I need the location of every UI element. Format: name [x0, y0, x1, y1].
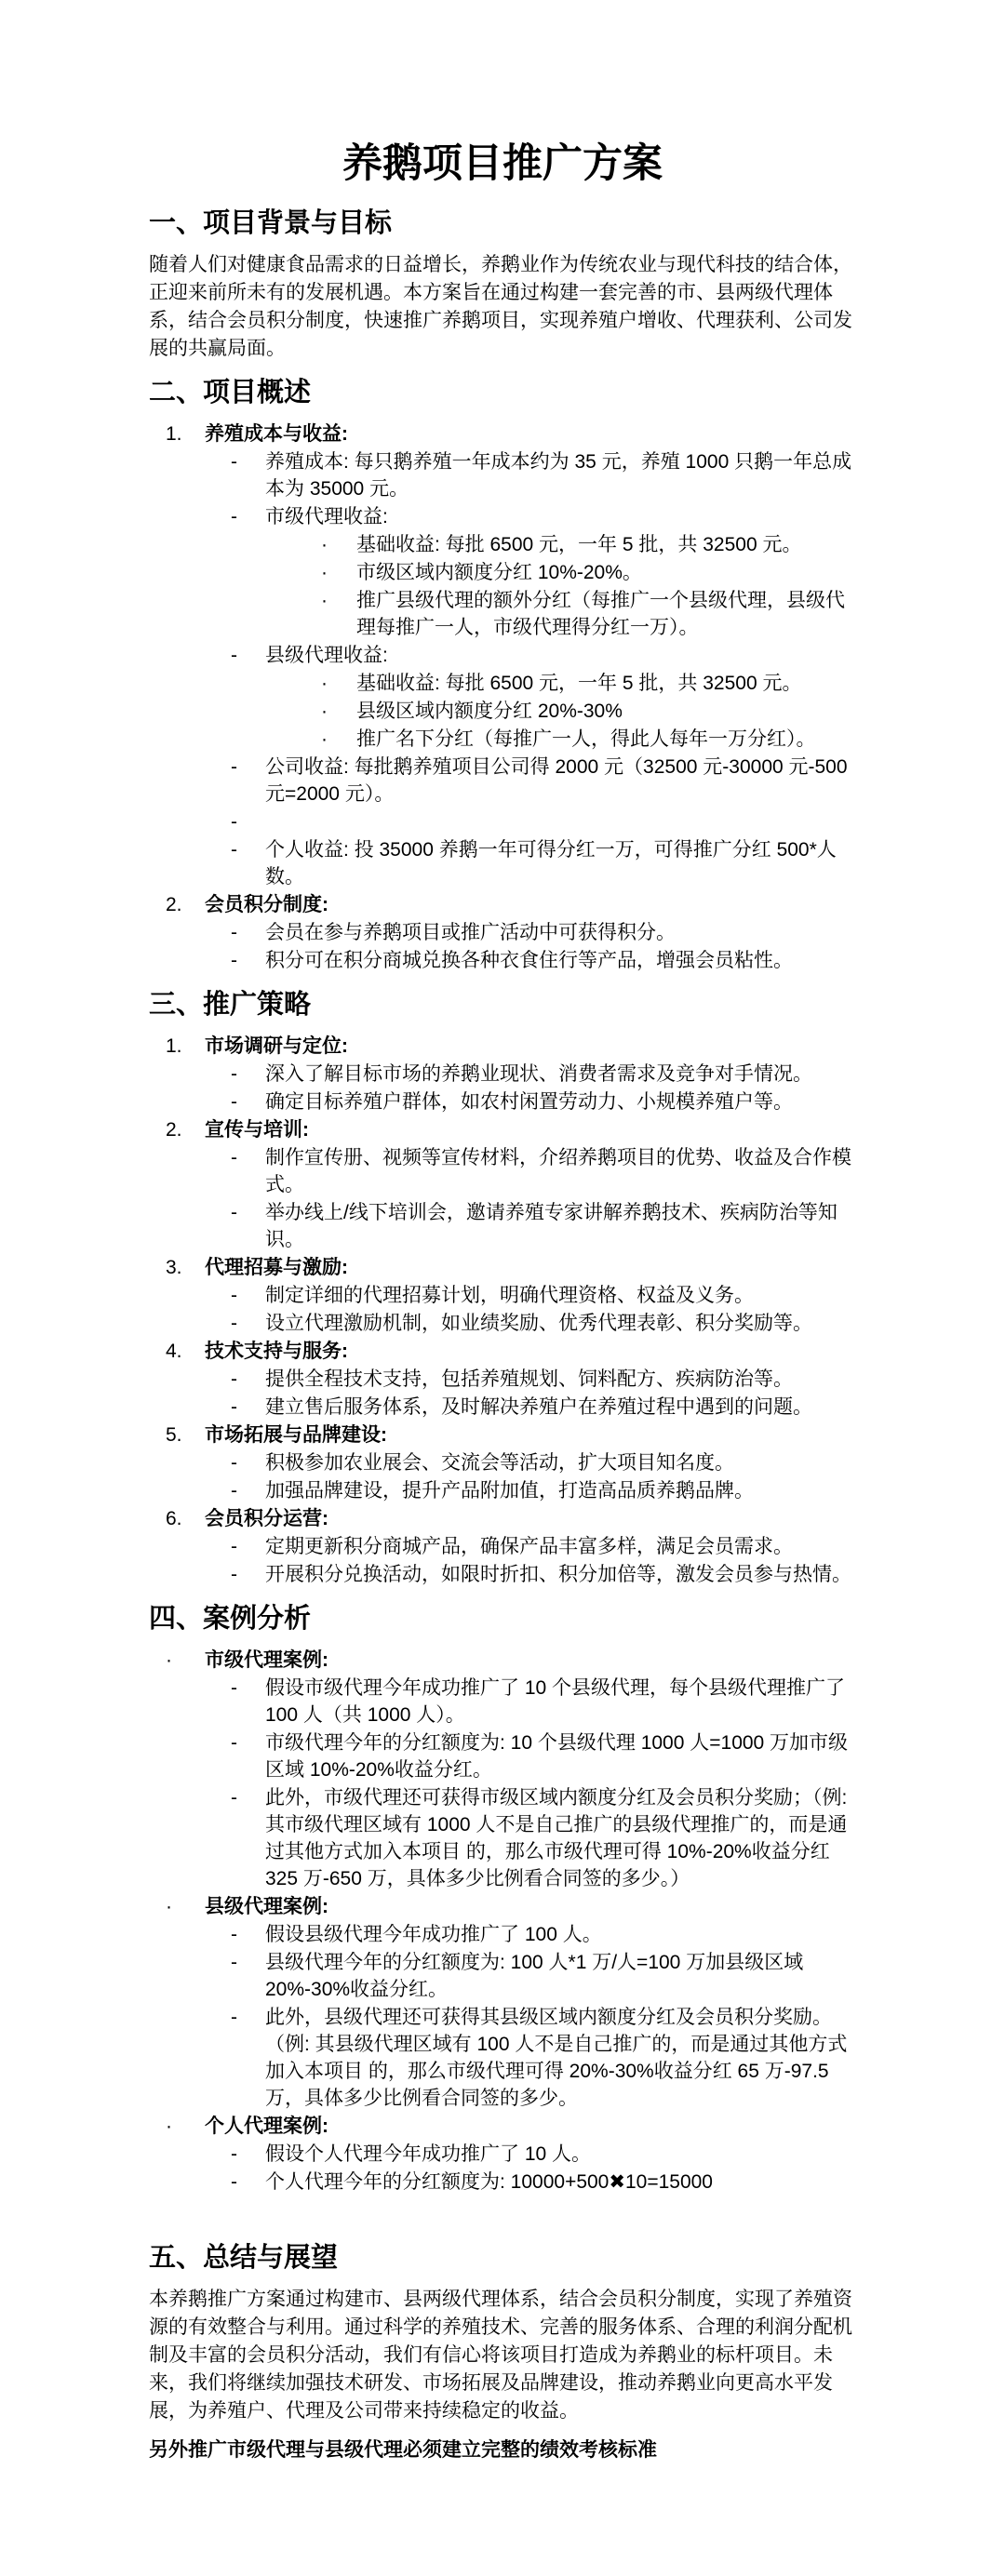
section-summary: 五、总结与展望本养鹅推广方案通过构建市、县两级代理体系，结合会员积分制度，实现了… [149, 2228, 856, 2464]
list-item-text: 深入了解目标市场的养鹅业现状、消费者需求及竞争对手情况。 [265, 1061, 856, 1088]
dash-item: -县级代理今年的分红额度为: 100 人*1 万/人=100 万加县级区域 20… [149, 1949, 856, 2003]
list-item-text: 此外，市级代理还可获得市级区域内额度分红及会员积分奖励；（例: 其市级代理区域有… [265, 1784, 856, 1892]
bullet-dot-marker: · [166, 1893, 205, 1920]
document-title: 养鹅项目推广方案 [149, 140, 856, 188]
list-item-text: 此外，县级代理还可获得其县级区域内额度分红及会员积分奖励。 （例: 其县级代理区… [265, 2004, 856, 2112]
dash-marker: - [231, 1784, 265, 1811]
list-number-marker: 3. [166, 1254, 205, 1281]
dash-item: -建立售后服务体系，及时解决养殖户在养殖过程中遇到的问题。 [149, 1394, 856, 1421]
dash-marker: - [231, 1366, 265, 1393]
section-heading: 五、总结与展望 [149, 2241, 856, 2275]
dot-item: ·县级区域内额度分红 20%-30% [149, 698, 856, 725]
list-item-text: 积分可在积分商城兑换各种衣食住行等产品，增强会员粘性。 [265, 947, 856, 974]
numbered-item: 1.养殖成本与收益: [149, 420, 856, 447]
list-item-text: 积极参加农业展会、交流会等活动，扩大项目知名度。 [265, 1449, 856, 1476]
dot-marker: · [321, 587, 356, 614]
list-item-text: 制定详细的代理招募计划，明确代理资格、权益及义务。 [265, 1282, 856, 1309]
list-item-text: 加强品牌建设，提升产品附加值，打造高品质养鹅品牌。 [265, 1477, 856, 1504]
list-number-marker: 1. [166, 1033, 205, 1060]
list-item-text: 市级代理收益: [265, 503, 856, 530]
list-item-text: 提供全程技术支持，包括养殖规划、饲料配方、疾病防治等。 [265, 1366, 856, 1393]
dash-marker: - [231, 1949, 265, 1976]
dash-item: -举办线上/线下培训会，邀请养殖专家讲解养鹅技术、疾病防治等知识。 [149, 1199, 856, 1253]
section-background: 一、项目背景与目标随着人们对健康食品需求的日益增长，养鹅业作为传统农业与现代科技… [149, 194, 856, 363]
dash-marker: - [231, 1199, 265, 1226]
dash-marker: - [231, 1310, 265, 1337]
dash-marker: - [231, 2004, 265, 2031]
list-number-marker: 5. [166, 1421, 205, 1448]
list-item-text: 定期更新积分商城产品，确保产品丰富多样，满足会员需求。 [265, 1533, 856, 1560]
section-heading: 三、推广策略 [149, 988, 856, 1021]
dash-marker: - [231, 808, 265, 835]
dash-item: -积分可在积分商城兑换各种衣食住行等产品，增强会员粘性。 [149, 947, 856, 974]
dash-item: -定期更新积分商城产品，确保产品丰富多样，满足会员需求。 [149, 1533, 856, 1560]
dash-marker: - [231, 1088, 265, 1115]
list-item-text: 市级区域内额度分红 10%-20%。 [356, 559, 856, 586]
list-item-text: 会员在参与养鹅项目或推广活动中可获得积分。 [265, 919, 856, 946]
dash-item: -个人代理今年的分红额度为: 10000+500✖10=15000 [149, 2169, 856, 2196]
dash-item: -假设个人代理今年成功推广了 10 人。 [149, 2141, 856, 2168]
section-cases: 四、案例分析·市级代理案例:-假设市级代理今年成功推广了 10 个县级代理，每个… [149, 1589, 856, 2228]
dot-marker: · [321, 698, 356, 725]
document-page: 养鹅项目推广方案 一、项目背景与目标随着人们对健康食品需求的日益增长，养鹅业作为… [0, 0, 1005, 2576]
dash-marker: - [231, 1449, 265, 1476]
bullet-item: ·市级代理案例: [149, 1647, 856, 1674]
bullet-item: ·县级代理案例: [149, 1893, 856, 1920]
dash-item: -设立代理激励机制，如业绩奖励、优秀代理表彰、积分奖励等。 [149, 1310, 856, 1337]
dot-marker: · [321, 726, 356, 753]
list-item-label: 市级代理案例: [205, 1647, 856, 1674]
list-item-text: 推广名下分红（每推广一人，得此人每年一万分红）。 [356, 726, 856, 753]
numbered-list: 1.养殖成本与收益:-养殖成本: 每只鹅养殖一年成本约为 35 元，养殖 100… [149, 420, 856, 974]
dash-marker: - [231, 1061, 265, 1088]
dash-marker: - [231, 1729, 265, 1756]
dash-item: -假设县级代理今年成功推广了 100 人。 [149, 1921, 856, 1948]
dash-item: -提供全程技术支持，包括养殖规划、饲料配方、疾病防治等。 [149, 1366, 856, 1393]
list-item-text: 举办线上/线下培训会，邀请养殖专家讲解养鹅技术、疾病防治等知识。 [265, 1199, 856, 1253]
list-number-marker: 2. [166, 1116, 205, 1143]
dash-marker: - [231, 503, 265, 530]
list-item-label: 会员积分制度: [205, 891, 856, 918]
list-item-text: 假设市级代理今年成功推广了 10 个县级代理，每个县级代理推广了 100 人（共… [265, 1675, 856, 1728]
dash-marker: - [231, 836, 265, 863]
bullet-dot-marker: · [166, 1647, 205, 1674]
dot-marker: · [321, 559, 356, 586]
paragraph: 本养鹅推广方案通过构建市、县两级代理体系，结合会员积分制度，实现了养殖资源的有效… [149, 2286, 856, 2425]
list-item-text: 假设个人代理今年成功推广了 10 人。 [265, 2141, 856, 2168]
list-item-text: 县级代理收益: [265, 642, 856, 669]
dot-item: ·推广县级代理的额外分红（每推广一个县级代理，县级代理每推广一人，市级代理得分红… [149, 587, 856, 641]
dash-item: - [149, 808, 856, 835]
section-heading: 四、案例分析 [149, 1602, 856, 1635]
dash-marker: - [231, 1921, 265, 1948]
dash-marker: - [231, 1282, 265, 1309]
dash-marker: - [231, 1533, 265, 1560]
list-item-text: 县级区域内额度分红 20%-30% [356, 698, 856, 725]
section-gap [149, 2196, 856, 2228]
dash-item: -假设市级代理今年成功推广了 10 个县级代理，每个县级代理推广了 100 人（… [149, 1675, 856, 1728]
dot-item: ·基础收益: 每批 6500 元，一年 5 批，共 32500 元。 [149, 531, 856, 558]
numbered-item: 5.市场拓展与品牌建设: [149, 1421, 856, 1448]
numbered-list: 1.市场调研与定位:-深入了解目标市场的养鹅业现状、消费者需求及竞争对手情况。-… [149, 1033, 856, 1588]
list-item-text: 制作宣传册、视频等宣传材料，介绍养鹅项目的优势、收益及合作模式。 [265, 1144, 856, 1198]
list-item-text: 公司收益: 每批鹅养殖项目公司得 2000 元（32500 元-30000 元-… [265, 754, 856, 808]
list-item-label: 代理招募与激励: [205, 1254, 856, 1281]
list-number-marker: 2. [166, 891, 205, 918]
bullet-list: ·市级代理案例:-假设市级代理今年成功推广了 10 个县级代理，每个县级代理推广… [149, 1647, 856, 2196]
dot-item: ·推广名下分红（每推广一人，得此人每年一万分红）。 [149, 726, 856, 753]
dash-item: -此外，市级代理还可获得市级区域内额度分红及会员积分奖励；（例: 其市级代理区域… [149, 1784, 856, 1892]
dash-item: -养殖成本: 每只鹅养殖一年成本约为 35 元，养殖 1000 只鹅一年总成本为… [149, 448, 856, 502]
numbered-item: 1.市场调研与定位: [149, 1033, 856, 1060]
section-strategy: 三、推广策略1.市场调研与定位:-深入了解目标市场的养鹅业现状、消费者需求及竞争… [149, 975, 856, 1589]
list-item-text: 基础收益: 每批 6500 元，一年 5 批，共 32500 元。 [356, 670, 856, 697]
list-item-label: 个人代理案例: [205, 2113, 856, 2140]
dash-item: -确定目标养殖户群体，如农村闲置劳动力、小规模养殖户等。 [149, 1088, 856, 1115]
dash-item: -制作宣传册、视频等宣传材料，介绍养鹅项目的优势、收益及合作模式。 [149, 1144, 856, 1198]
dash-item: -此外，县级代理还可获得其县级区域内额度分红及会员积分奖励。 （例: 其县级代理… [149, 2004, 856, 2112]
list-item-label: 市场调研与定位: [205, 1033, 856, 1060]
list-item-label: 宣传与培训: [205, 1116, 856, 1143]
list-item-text: 开展积分兑换活动，如限时折扣、积分加倍等，激发会员参与热情。 [265, 1561, 856, 1588]
dash-marker: - [231, 754, 265, 781]
list-item-text: 基础收益: 每批 6500 元，一年 5 批，共 32500 元。 [356, 531, 856, 558]
bullet-item: ·个人代理案例: [149, 2113, 856, 2140]
dot-marker: · [321, 531, 356, 558]
list-item-text: 设立代理激励机制，如业绩奖励、优秀代理表彰、积分奖励等。 [265, 1310, 856, 1337]
paragraph: 随着人们对健康食品需求的日益增长，养鹅业作为传统农业与现代科技的结合体，正迎来前… [149, 251, 856, 363]
list-item-text: 县级代理今年的分红额度为: 100 人*1 万/人=100 万加县级区域 20%… [265, 1949, 856, 2003]
section-heading: 一、项目背景与目标 [149, 207, 856, 240]
numbered-item: 6.会员积分运营: [149, 1505, 856, 1532]
dash-item: -县级代理收益: [149, 642, 856, 669]
dot-item: ·基础收益: 每批 6500 元，一年 5 批，共 32500 元。 [149, 670, 856, 697]
numbered-item: 4.技术支持与服务: [149, 1338, 856, 1365]
dash-item: -市级代理今年的分红额度为: 10 个县级代理 1000 人=1000 万加市级… [149, 1729, 856, 1783]
dash-item: -制定详细的代理招募计划，明确代理资格、权益及义务。 [149, 1282, 856, 1309]
list-item-label: 养殖成本与收益: [205, 420, 856, 447]
dash-marker: - [231, 642, 265, 669]
dash-item: -积极参加农业展会、交流会等活动，扩大项目知名度。 [149, 1449, 856, 1476]
dash-marker: - [231, 1675, 265, 1702]
bullet-dot-marker: · [166, 2113, 205, 2140]
list-item-text: 建立售后服务体系，及时解决养殖户在养殖过程中遇到的问题。 [265, 1394, 856, 1421]
list-item-label: 市场拓展与品牌建设: [205, 1421, 856, 1448]
document-body: 一、项目背景与目标随着人们对健康食品需求的日益增长，养鹅业作为传统农业与现代科技… [149, 194, 856, 2464]
dash-item: -市级代理收益: [149, 503, 856, 530]
dash-marker: - [231, 1144, 265, 1171]
list-item-text: 个人代理今年的分红额度为: 10000+500✖10=15000 [265, 2169, 856, 2196]
dash-item: -深入了解目标市场的养鹅业现状、消费者需求及竞争对手情况。 [149, 1061, 856, 1088]
note-paragraph: 另外推广市级代理与县级代理必须建立完整的绩效考核标准 [149, 2436, 856, 2464]
list-item-label: 技术支持与服务: [205, 1338, 856, 1365]
section-overview: 二、项目概述1.养殖成本与收益:-养殖成本: 每只鹅养殖一年成本约为 35 元，… [149, 363, 856, 975]
dot-marker: · [321, 670, 356, 697]
list-item-label: 县级代理案例: [205, 1893, 856, 1920]
numbered-item: 2.宣传与培训: [149, 1116, 856, 1143]
list-item-label: 会员积分运营: [205, 1505, 856, 1532]
dash-marker: - [231, 1477, 265, 1504]
dash-item: -开展积分兑换活动，如限时折扣、积分加倍等，激发会员参与热情。 [149, 1561, 856, 1588]
list-number-marker: 6. [166, 1505, 205, 1532]
list-number-marker: 1. [166, 420, 205, 447]
dash-item: -加强品牌建设，提升产品附加值，打造高品质养鹅品牌。 [149, 1477, 856, 1504]
dash-marker: - [231, 2141, 265, 2168]
section-heading: 二、项目概述 [149, 376, 856, 409]
dash-item: -会员在参与养鹅项目或推广活动中可获得积分。 [149, 919, 856, 946]
dash-marker: - [231, 947, 265, 974]
dash-marker: - [231, 448, 265, 475]
dot-item: ·市级区域内额度分红 10%-20%。 [149, 559, 856, 586]
list-number-marker: 4. [166, 1338, 205, 1365]
dash-marker: - [231, 1394, 265, 1421]
list-item-text: 假设县级代理今年成功推广了 100 人。 [265, 1921, 856, 1948]
dash-marker: - [231, 2169, 265, 2196]
list-item-text: 确定目标养殖户群体，如农村闲置劳动力、小规模养殖户等。 [265, 1088, 856, 1115]
dash-item: -个人收益: 投 35000 养鹅一年可得分红一万，可得推广分红 500*人数。 [149, 836, 856, 890]
list-item-text: 推广县级代理的额外分红（每推广一个县级代理，县级代理每推广一人，市级代理得分红一… [356, 587, 856, 641]
list-item-text: 养殖成本: 每只鹅养殖一年成本约为 35 元，养殖 1000 只鹅一年总成本为 … [265, 448, 856, 502]
numbered-item: 3.代理招募与激励: [149, 1254, 856, 1281]
dash-marker: - [231, 1561, 265, 1588]
dash-item: -公司收益: 每批鹅养殖项目公司得 2000 元（32500 元-30000 元… [149, 754, 856, 808]
list-item-text: 市级代理今年的分红额度为: 10 个县级代理 1000 人=1000 万加市级区… [265, 1729, 856, 1783]
dash-marker: - [231, 919, 265, 946]
list-item-text: 个人收益: 投 35000 养鹅一年可得分红一万，可得推广分红 500*人数。 [265, 836, 856, 890]
numbered-item: 2.会员积分制度: [149, 891, 856, 918]
